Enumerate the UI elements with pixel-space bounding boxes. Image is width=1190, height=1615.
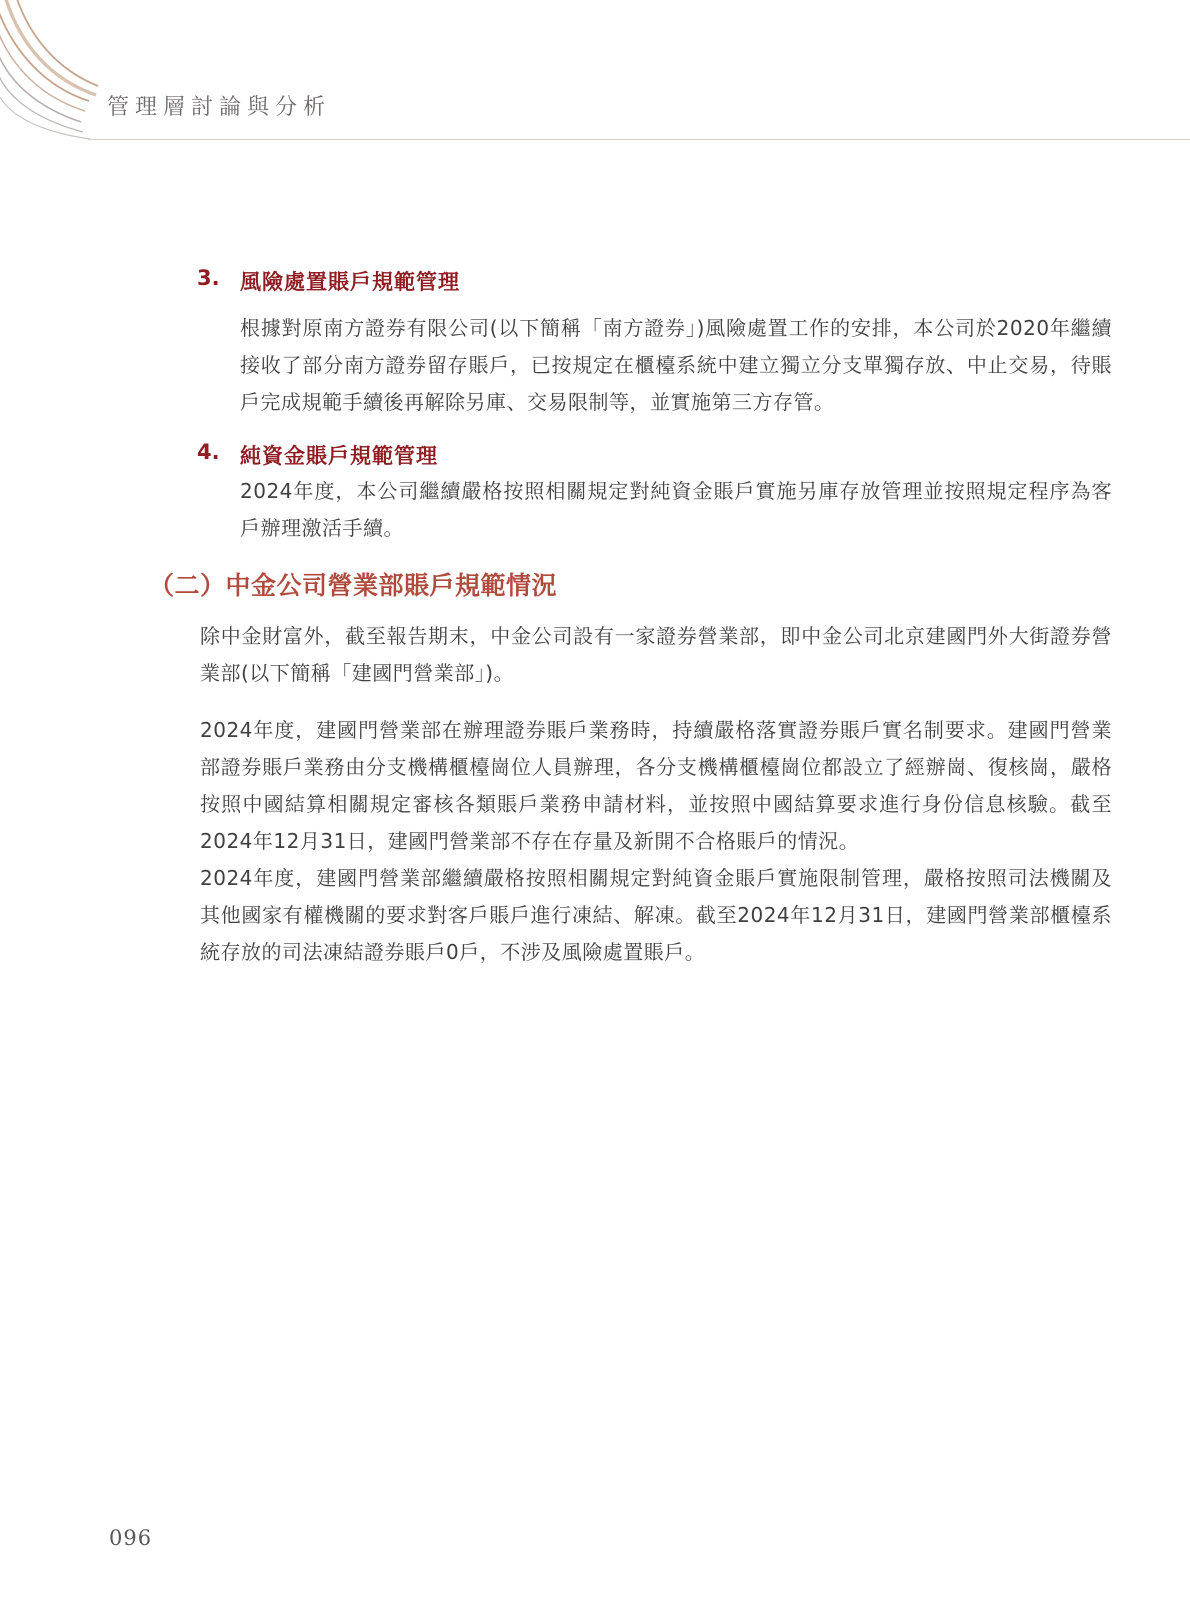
page-header-title: 管理層討論與分析 — [107, 90, 331, 121]
corner-swirl-ornament — [0, 0, 300, 150]
section-heading-3: 3. 風險處置賬戶規範管理 — [197, 266, 897, 294]
section-4-paragraph: 2024年度，本公司繼續嚴格按照相關規定對純資金賬戶實施另庫存放管理並按照規定程… — [240, 473, 1112, 547]
header-divider-line — [88, 139, 1190, 140]
section-heading-4: 4. 純資金賬戶規範管理 — [197, 440, 897, 468]
subsection-paragraph: 2024年度，建國門營業部在辦理證券賬戶業務時，持續嚴格落實證券賬戶實名制要求。… — [200, 712, 1112, 860]
section-title: 風險處置賬戶規範管理 — [240, 266, 460, 296]
section-number: 4. — [197, 440, 220, 464]
section-number: 3. — [197, 266, 220, 290]
document-page: 管理層討論與分析 3. 風險處置賬戶規範管理 根據對原南方證券有限公司(以下簡稱… — [0, 0, 1190, 1615]
subsection-heading: （二）中金公司營業部賬戶規範情況 — [149, 566, 557, 602]
section-3-paragraph: 根據對原南方證券有限公司(以下簡稱「南方證券」)風險處置工作的安排，本公司於20… — [240, 310, 1112, 421]
subsection-paragraph: 2024年度，建國門營業部繼續嚴格按照相關規定對純資金賬戶實施限制管理，嚴格按照… — [200, 860, 1112, 971]
page-number: 096 — [109, 1526, 152, 1550]
subsection-paragraph: 除中金財富外，截至報告期末，中金公司設有一家證券營業部，即中金公司北京建國門外大… — [200, 618, 1112, 692]
section-title: 純資金賬戶規範管理 — [240, 440, 438, 470]
